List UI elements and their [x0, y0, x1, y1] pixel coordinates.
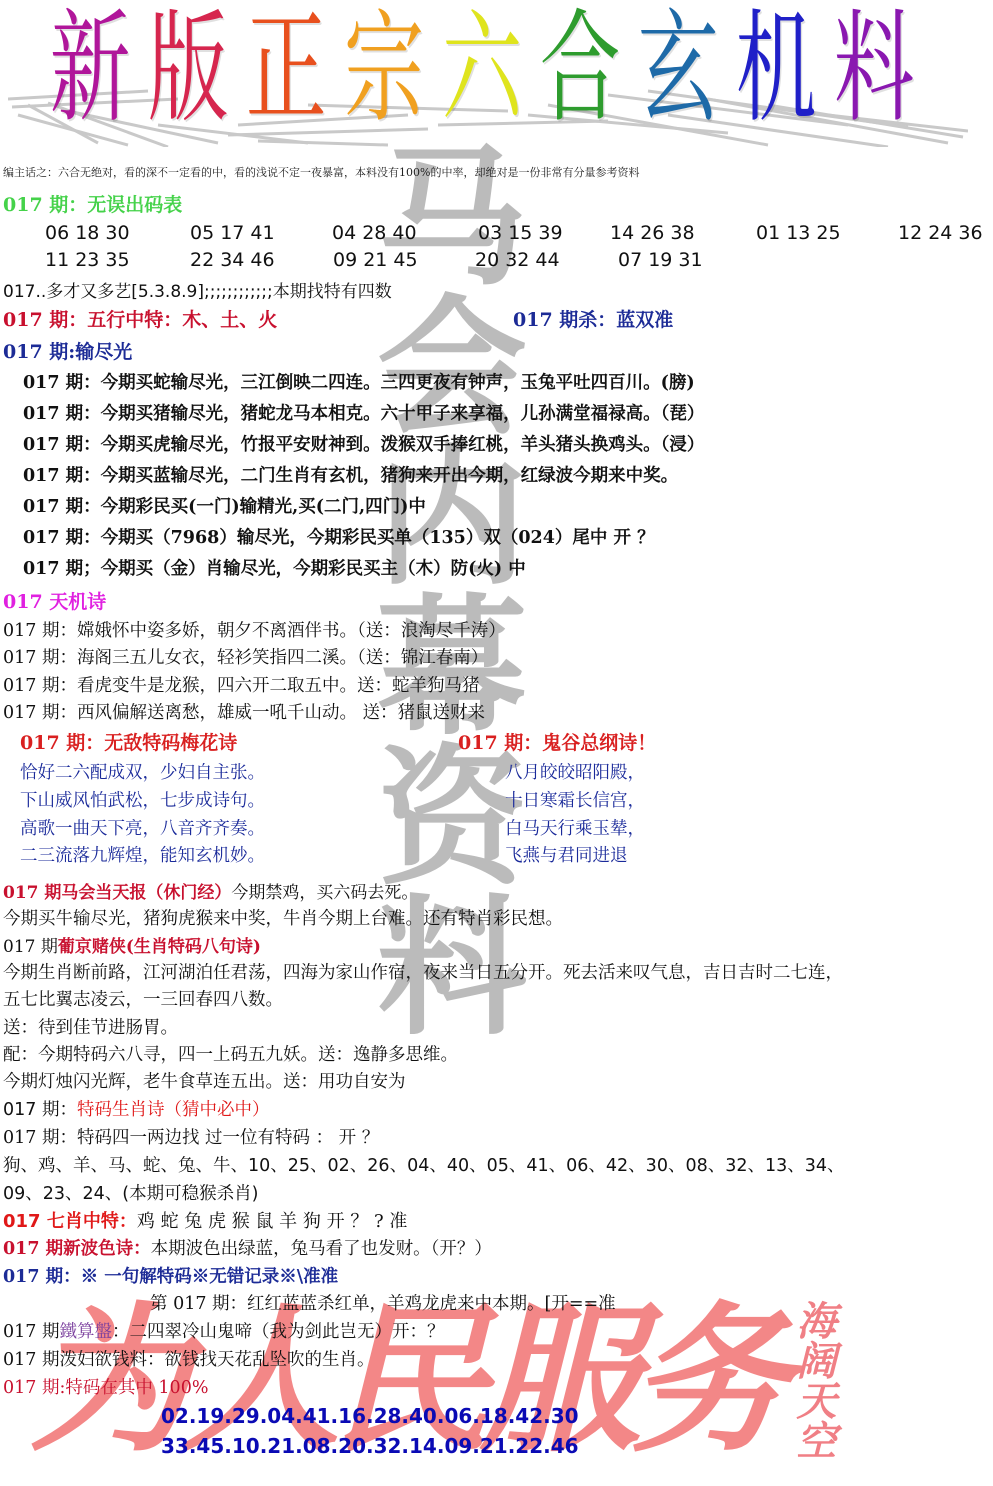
code-cell: 11 23 35 [45, 249, 130, 271]
shujinguang-line: 017 期：今期买蓝输尽光，二门生肖有玄机，猪狗来开出今期，红绿波今期来中奖。 [23, 462, 678, 487]
xinbo-text: 本期波色出绿蓝，兔马看了也发财。（开？） [151, 1239, 492, 1259]
code-cell: 14 26 38 [610, 222, 695, 244]
tianji-line: 017 期：西风偏解送离愁，雄威一吼千山动。 送：猪鼠送财来 [3, 699, 485, 724]
pujing-prefix: 017 期 [3, 937, 58, 957]
pujing-row: 017 期葡京赌侠(生肖特码八句诗) [3, 932, 261, 957]
wuxing-heading: 017 期：五行中特：木、土、火 [3, 305, 277, 332]
tiesuan-prefix: 017 期 [3, 1322, 59, 1342]
qixiao-row: 017 七肖中特：鸡 蛇 兔 虎 猴 鼠 羊 狗 开 ？ ? 准 [3, 1207, 407, 1233]
shengxiao-line: 017 期：特码四一两边找 过一位有特码 ： 开 ？ [3, 1124, 379, 1149]
meihua-line: 高歌一曲天下亮，八音齐齐奏。 [20, 815, 265, 840]
guigu-title: 017 期：鬼谷总纲诗！ [458, 728, 656, 755]
guigu-line: 八月皎皎昭阳殿， [505, 759, 645, 784]
code-cell: 07 19 31 [618, 249, 703, 271]
code-cell: 22 34 46 [190, 249, 275, 271]
code-cell: 04 28 40 [332, 222, 417, 244]
shujinguang-line: 017 期：今期买蛇输尽光，三江倒映二四连。三四更夜有钟声，玉兔平吐四百川。(膀… [23, 369, 695, 394]
code-table-title: 017 期：无误出码表 [3, 190, 182, 217]
tianji-line: 017 期：看虎变牛是龙猴，四六开二取五中。送：蛇羊狗马猪 [3, 672, 479, 697]
shengxiao-title: 特码生肖诗（猜中必中） [77, 1100, 270, 1120]
xinbo-title: 017 期新波色诗： [3, 1239, 151, 1259]
pujing-line: 送：待到佳节进肠胃。 [3, 1014, 178, 1039]
meihua-line: 下山威风怕武松，七步成诗句。 [20, 787, 265, 812]
tiesuan-text: ：二四翠冷山鬼啼（我为剑此岂无）开：？ [112, 1322, 445, 1342]
code-cell: 20 32 44 [475, 249, 560, 271]
meihua-title: 017 期：无敌特码梅花诗 [20, 728, 237, 755]
guigu-line: 十日寒霜长信宫， [505, 787, 645, 812]
qixiao-title: 017 七肖中特： [3, 1211, 137, 1232]
pujing-line: 今期生肖断前路，江河湖泊任君荡，四海为家山作宿，夜来当日五分开。死去活来叹气息，… [3, 959, 843, 984]
shujinguang-line: 017 期：今期买（7968）输尽光，今期彩民买单（135）双（024）尾中 开… [23, 524, 655, 549]
mahui-line: 今期买牛输尽光，猪狗虎猴来中奖，牛肖今期上台难。还有特肖彩民想。 [3, 905, 563, 930]
code-cell: 01 13 25 [756, 222, 841, 244]
shujinguang-line: 017 期：今期买虎输尽光，竹报平安财神到。泼猴双手捧红桃，羊头猪头换鸡头。（浸… [23, 431, 704, 456]
tiesuan-title: 鐵算盤 [59, 1322, 112, 1342]
tianji-line: 017 期：海阁三五儿女衣，轻衫笑指四二溪。（送：锦江春南） [3, 644, 488, 669]
code-cell: 12 24 36 [898, 222, 983, 244]
pujing-line: 五七比翼志凌云，一三回春四八数。 [3, 986, 283, 1011]
shengxiao-prefix: 017 期： [3, 1100, 77, 1120]
mahui-row: 017 期马会当天报（休门经）今期禁鸡，买六码去死。 [3, 878, 418, 903]
code-cell: 06 18 30 [45, 222, 130, 244]
duocai-line: 017..多才又多艺[5.3.8.9];;;;;;;;;;;;本期找特有四数 [3, 277, 392, 302]
pofu-line: 017 期泼妇欲钱料：欲钱找天花乱坠吹的生肖。 [3, 1346, 374, 1371]
xinbo-row: 017 期新波色诗：本期波色出绿蓝，兔马看了也发财。（开？） [3, 1235, 492, 1260]
document-body: 编主话之：六合无绝对，看的深不一定看的中，看的浅说不定一夜暴富，本料没有100%… [0, 0, 993, 1486]
tema100-numbers: 33.45.10.21.08.20.32.14.09.21.22.46 [161, 1434, 579, 1458]
shengxiao-row: 017 期：特码生肖诗（猜中必中） [3, 1096, 269, 1121]
yiju-text: 第 017 期：红红蓝蓝杀红单，羊鸡龙虎来中本期。[开==准 [150, 1290, 616, 1315]
code-cell: 09 21 45 [333, 249, 418, 271]
pujing-line: 配：今期特码六八寻，四一上码五九妖。送：逸静多思维。 [3, 1041, 458, 1066]
code-cell: 03 15 39 [478, 222, 563, 244]
tema100-numbers: 02.19.29.04.41.16.28.40.06.18.42.30 [161, 1404, 579, 1428]
yiju-title: 017 期：※ 一句解特码※无错记录※\准准 [3, 1263, 338, 1288]
shujinguang-line: 017 期；今期买（金）肖输尽光，今期彩民买主（木）防(火) 中 [23, 555, 526, 580]
guigu-line: 飞燕与君同进退 [505, 842, 628, 867]
meihua-line: 二三流落九辉煌，能知玄机妙。 [20, 842, 265, 867]
tianji-title: 017 天机诗 [3, 587, 106, 614]
editor-note: 编主话之：六合无绝对，看的深不一定看的中，看的浅说不定一夜暴富，本料没有100%… [3, 164, 639, 180]
shujinguang-line: 017 期：今期彩民买(一门)输精光,买(二门,四门)中 [23, 493, 426, 518]
shengxiao-numbers: 09、23、24、(本期可稳猴杀肖) [3, 1180, 258, 1205]
sha-heading: 017 期杀：蓝双准 [513, 305, 673, 332]
shengxiao-numbers: 狗、鸡、羊、马、蛇、兔、牛、10、25、02、26、04、40、05、41、06… [3, 1152, 845, 1177]
guigu-line: 白马天行乘玉辇， [505, 815, 645, 840]
mahui-text: 今期禁鸡，买六码去死。 [231, 883, 418, 903]
code-cell: 05 17 41 [190, 222, 275, 244]
tianji-line: 017 期：嫦娥怀中姿多娇，朝夕不离酒伴书。（送：浪淘尽千涛） [3, 617, 506, 642]
pujing-title: 葡京赌侠(生肖特码八句诗) [58, 937, 261, 957]
mahui-title: 017 期马会当天报（休门经） [3, 883, 231, 903]
shujinguang-line: 017 期：今期买猪输尽光，猪蛇龙马本相克。六十甲子来享福，儿孙满堂福禄高。（琵… [23, 400, 704, 425]
qixiao-text: 鸡 蛇 兔 虎 猴 鼠 羊 狗 开 ？ ? 准 [137, 1211, 408, 1232]
tiesuan-row: 017 期鐵算盤：二四翠冷山鬼啼（我为剑此岂无）开：？ [3, 1318, 444, 1343]
meihua-line: 恰好二六配成双，少妇自主张。 [20, 759, 265, 784]
shujinguang-title: 017 期:输尽光 [3, 337, 132, 364]
tema100-title: 017 期:特码在其中 100% [3, 1374, 208, 1399]
pujing-line: 今期灯烛闪光辉，老牛食草连五出。送：用功自安为 [3, 1068, 406, 1093]
